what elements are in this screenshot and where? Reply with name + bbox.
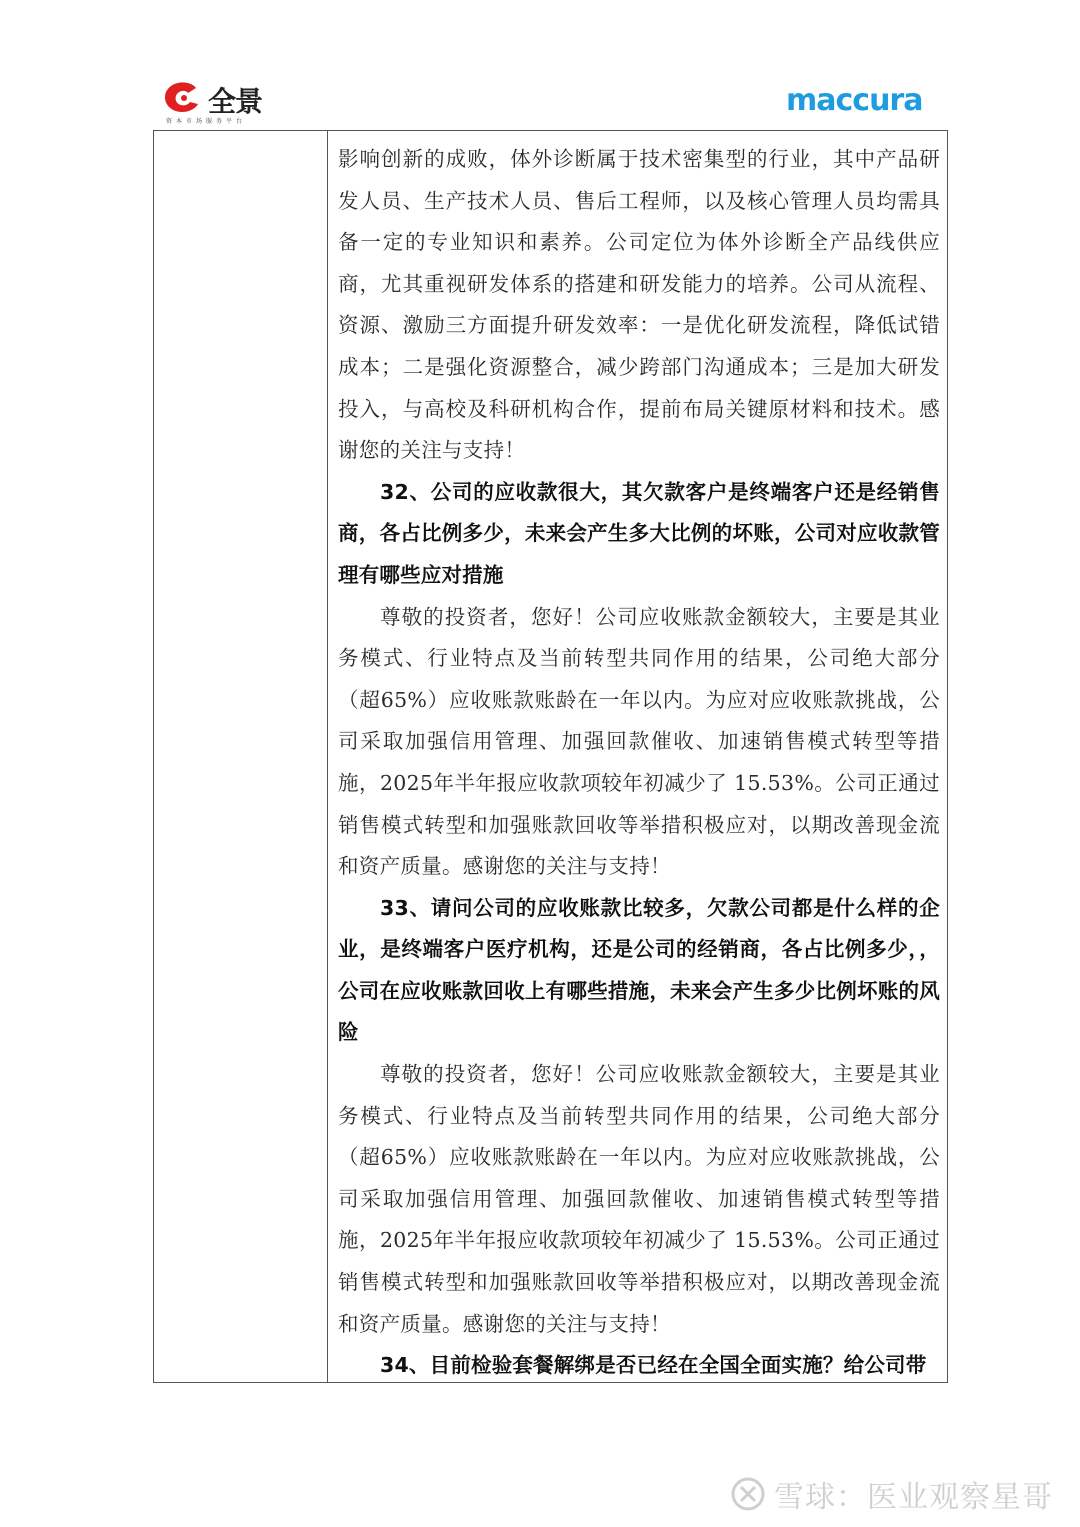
question-34: 34、目前检验套餐解绑是否已经在全国全面实施？给公司带 <box>338 1345 940 1387</box>
document-content: 影响创新的成败，体外诊断属于技术密集型的行业，其中产品研发人员、生产技术人员、售… <box>338 139 940 1387</box>
quanjing-logo: 全景 资本市场服务平台 <box>160 78 280 128</box>
question-33: 33、请问公司的应收账款比较多，欠款公司都是什么样的企业，是终端客户医疗机构，还… <box>338 888 940 1054</box>
answer-paragraph: 影响创新的成败，体外诊断属于技术密集型的行业，其中产品研发人员、生产技术人员、售… <box>338 139 940 472</box>
quanjing-logo-icon <box>162 80 202 114</box>
watermark-text: 雪球：医业观察星哥 <box>774 1472 1053 1516</box>
quanjing-logo-text: 全景 <box>208 80 262 120</box>
xueqiu-logo-icon <box>730 1476 766 1512</box>
table-right-column: 影响创新的成败，体外诊断属于技术密集型的行业，其中产品研发人员、生产技术人员、售… <box>328 131 947 1382</box>
answer-paragraph: 尊敬的投资者，您好！公司应收账款金额较大，主要是其业务模式、行业特点及当前转型共… <box>338 1054 940 1345</box>
table-left-column <box>154 131 328 1382</box>
maccura-logo: maccura <box>786 86 922 116</box>
quanjing-logo-subtitle: 资本市场服务平台 <box>166 116 246 125</box>
xueqiu-watermark: 雪球：医业观察星哥 <box>730 1472 1053 1516</box>
answer-paragraph: 尊敬的投资者，您好！公司应收账款金额较大，主要是其业务模式、行业特点及当前转型共… <box>338 597 940 888</box>
document-table: 影响创新的成败，体外诊断属于技术密集型的行业，其中产品研发人员、生产技术人员、售… <box>153 130 948 1383</box>
question-32: 32、公司的应收款很大，其欠款客户是终端客户还是经销售商，各占比例多少，未来会产… <box>338 472 940 597</box>
